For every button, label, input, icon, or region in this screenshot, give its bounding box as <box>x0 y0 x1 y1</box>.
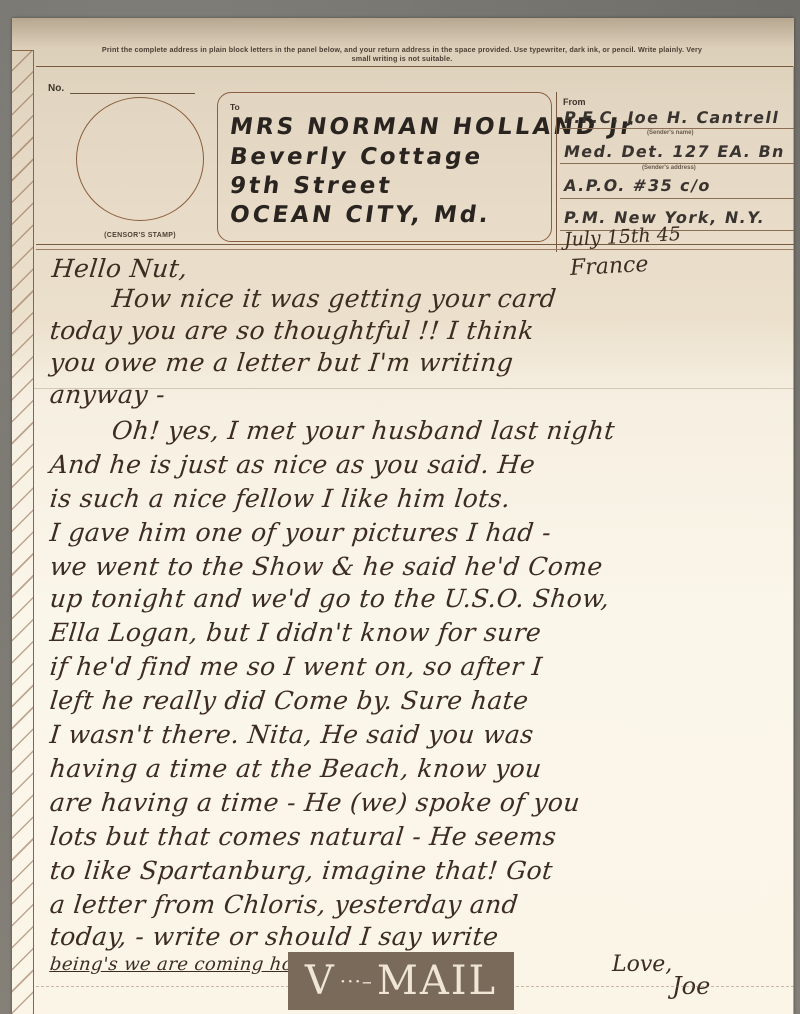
salutation: Hello Nut, <box>50 254 189 283</box>
letter-line: are having a time - He (we) spoke of you <box>48 788 581 817</box>
sender-address-caption: (Sender's address) <box>642 165 696 171</box>
letter-line: left he really did Come by. Sure hate <box>48 686 529 715</box>
top-shadow <box>12 18 794 48</box>
number-label: No. <box>48 83 64 94</box>
sender-name: P.F.C. Joe H. Cantrell <box>562 108 781 127</box>
letter-line: having a time at the Beach, know you <box>48 754 543 783</box>
letter-closing: Love, <box>612 952 672 977</box>
vmail-sheet: Print the complete address in plain bloc… <box>12 18 794 1014</box>
letter-line: I gave him one of your pictures I had - <box>48 518 552 547</box>
letter-line: up tonight and we'd go to the U.S.O. Sho… <box>48 584 611 613</box>
sender-name-caption: (Sender's name) <box>647 130 693 136</box>
letter-line: lots but that comes natural - He seems <box>48 822 557 851</box>
letter-line: Ella Logan, but I didn't know for sure <box>48 618 542 647</box>
letter-line: And he is just as nice as you said. He <box>48 450 536 479</box>
sender-address-rule <box>560 163 794 164</box>
from-label: From <box>563 97 586 107</box>
letter-line: today you are so thoughtful !! I think <box>48 316 535 345</box>
letter-line: if he'd find me so I went on, so after I <box>48 652 543 681</box>
letter-line: a letter from Chloris, yesterday and <box>48 890 519 919</box>
top-rule <box>36 66 794 67</box>
letter-line: Oh! yes, I met your husband last night <box>110 416 616 445</box>
sender-address-rule-2 <box>560 198 794 199</box>
vmail-badge-mail: MAIL <box>377 958 497 1004</box>
sender-address-line-1: Med. Det. 127 EA. Bn <box>562 142 786 161</box>
vmail-badge-morse: ···– <box>340 969 373 993</box>
letter-line: we went to the Show & he said he'd Come <box>48 552 604 581</box>
recipient-line-4: OCEAN CITY, Md. <box>228 202 493 228</box>
to-label: To <box>230 102 240 112</box>
form-instructions: Print the complete address in plain bloc… <box>92 45 712 63</box>
letter-line: anyway - <box>48 380 166 409</box>
letter-line: How nice it was getting your card <box>110 284 557 313</box>
from-divider <box>556 92 557 252</box>
letter-line: I wasn't there. Nita, He said you was <box>48 720 535 749</box>
letter-line: is such a nice fellow I like him lots. <box>48 484 511 513</box>
header-divider-inner <box>36 249 794 250</box>
letter-line-last: being's we are coming home. <box>49 954 329 975</box>
right-edge-rule <box>793 66 794 1014</box>
letter-line: today, - write or should I say write <box>48 922 499 951</box>
letter-date: July 15th 45 <box>564 223 682 251</box>
vmail-badge: V ···– MAIL <box>288 952 514 1010</box>
letter-line: you owe me a letter but I'm writing <box>48 348 514 377</box>
letter-location: France <box>569 252 649 281</box>
sender-name-rule <box>560 128 794 129</box>
censor-stamp-label: (CENSOR'S STAMP) <box>76 232 204 239</box>
recipient-line-3: 9th Street <box>228 173 394 199</box>
vmail-badge-v: V <box>305 958 336 1004</box>
number-field-line <box>70 93 195 94</box>
letter-line: to like Spartanburg, imagine that! Got <box>48 856 554 885</box>
sender-address-line-2: A.P.O. #35 c/o <box>562 176 712 195</box>
recipient-line-2: Beverly Cottage <box>228 144 485 170</box>
margin-hatch <box>12 50 34 1014</box>
censor-stamp-circle <box>76 97 204 221</box>
